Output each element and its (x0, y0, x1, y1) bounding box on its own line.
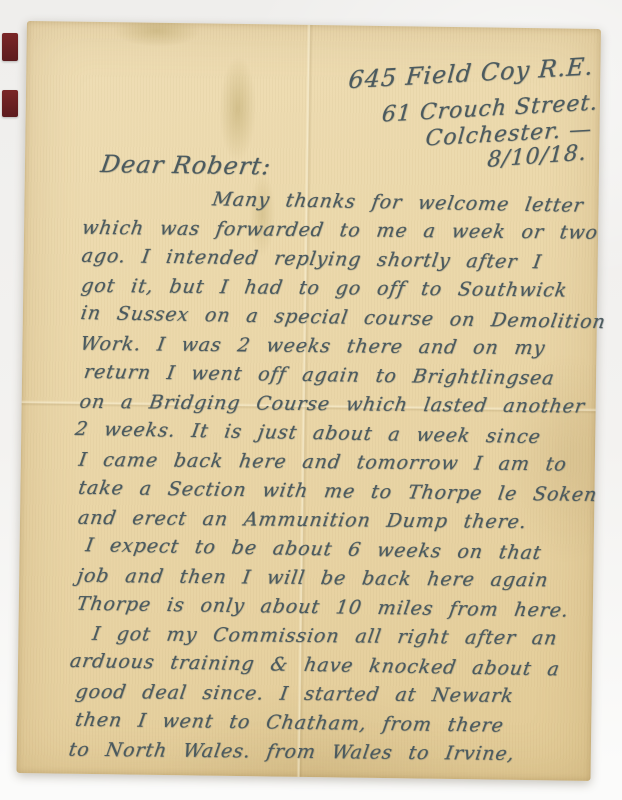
scan-edge-mark (2, 90, 18, 117)
scan-edge-mark (2, 33, 18, 61)
letter-header-unit: 645 Field Coy R.E. (348, 52, 595, 94)
letter-header-line: 645 Field Coy R.E. (347, 52, 594, 94)
letter-salutation: Dear Robert: (101, 150, 272, 180)
letter-body: Many thanks for welcome letter which was… (17, 183, 599, 771)
letter-paper: 645 Field Coy R.E. 61 Crouch Street. Col… (17, 21, 601, 781)
letter-body-line: to North Wales. from Wales to Irvine, (17, 735, 591, 770)
scanned-letter-photo: 645 Field Coy R.E. 61 Crouch Street. Col… (0, 0, 622, 800)
